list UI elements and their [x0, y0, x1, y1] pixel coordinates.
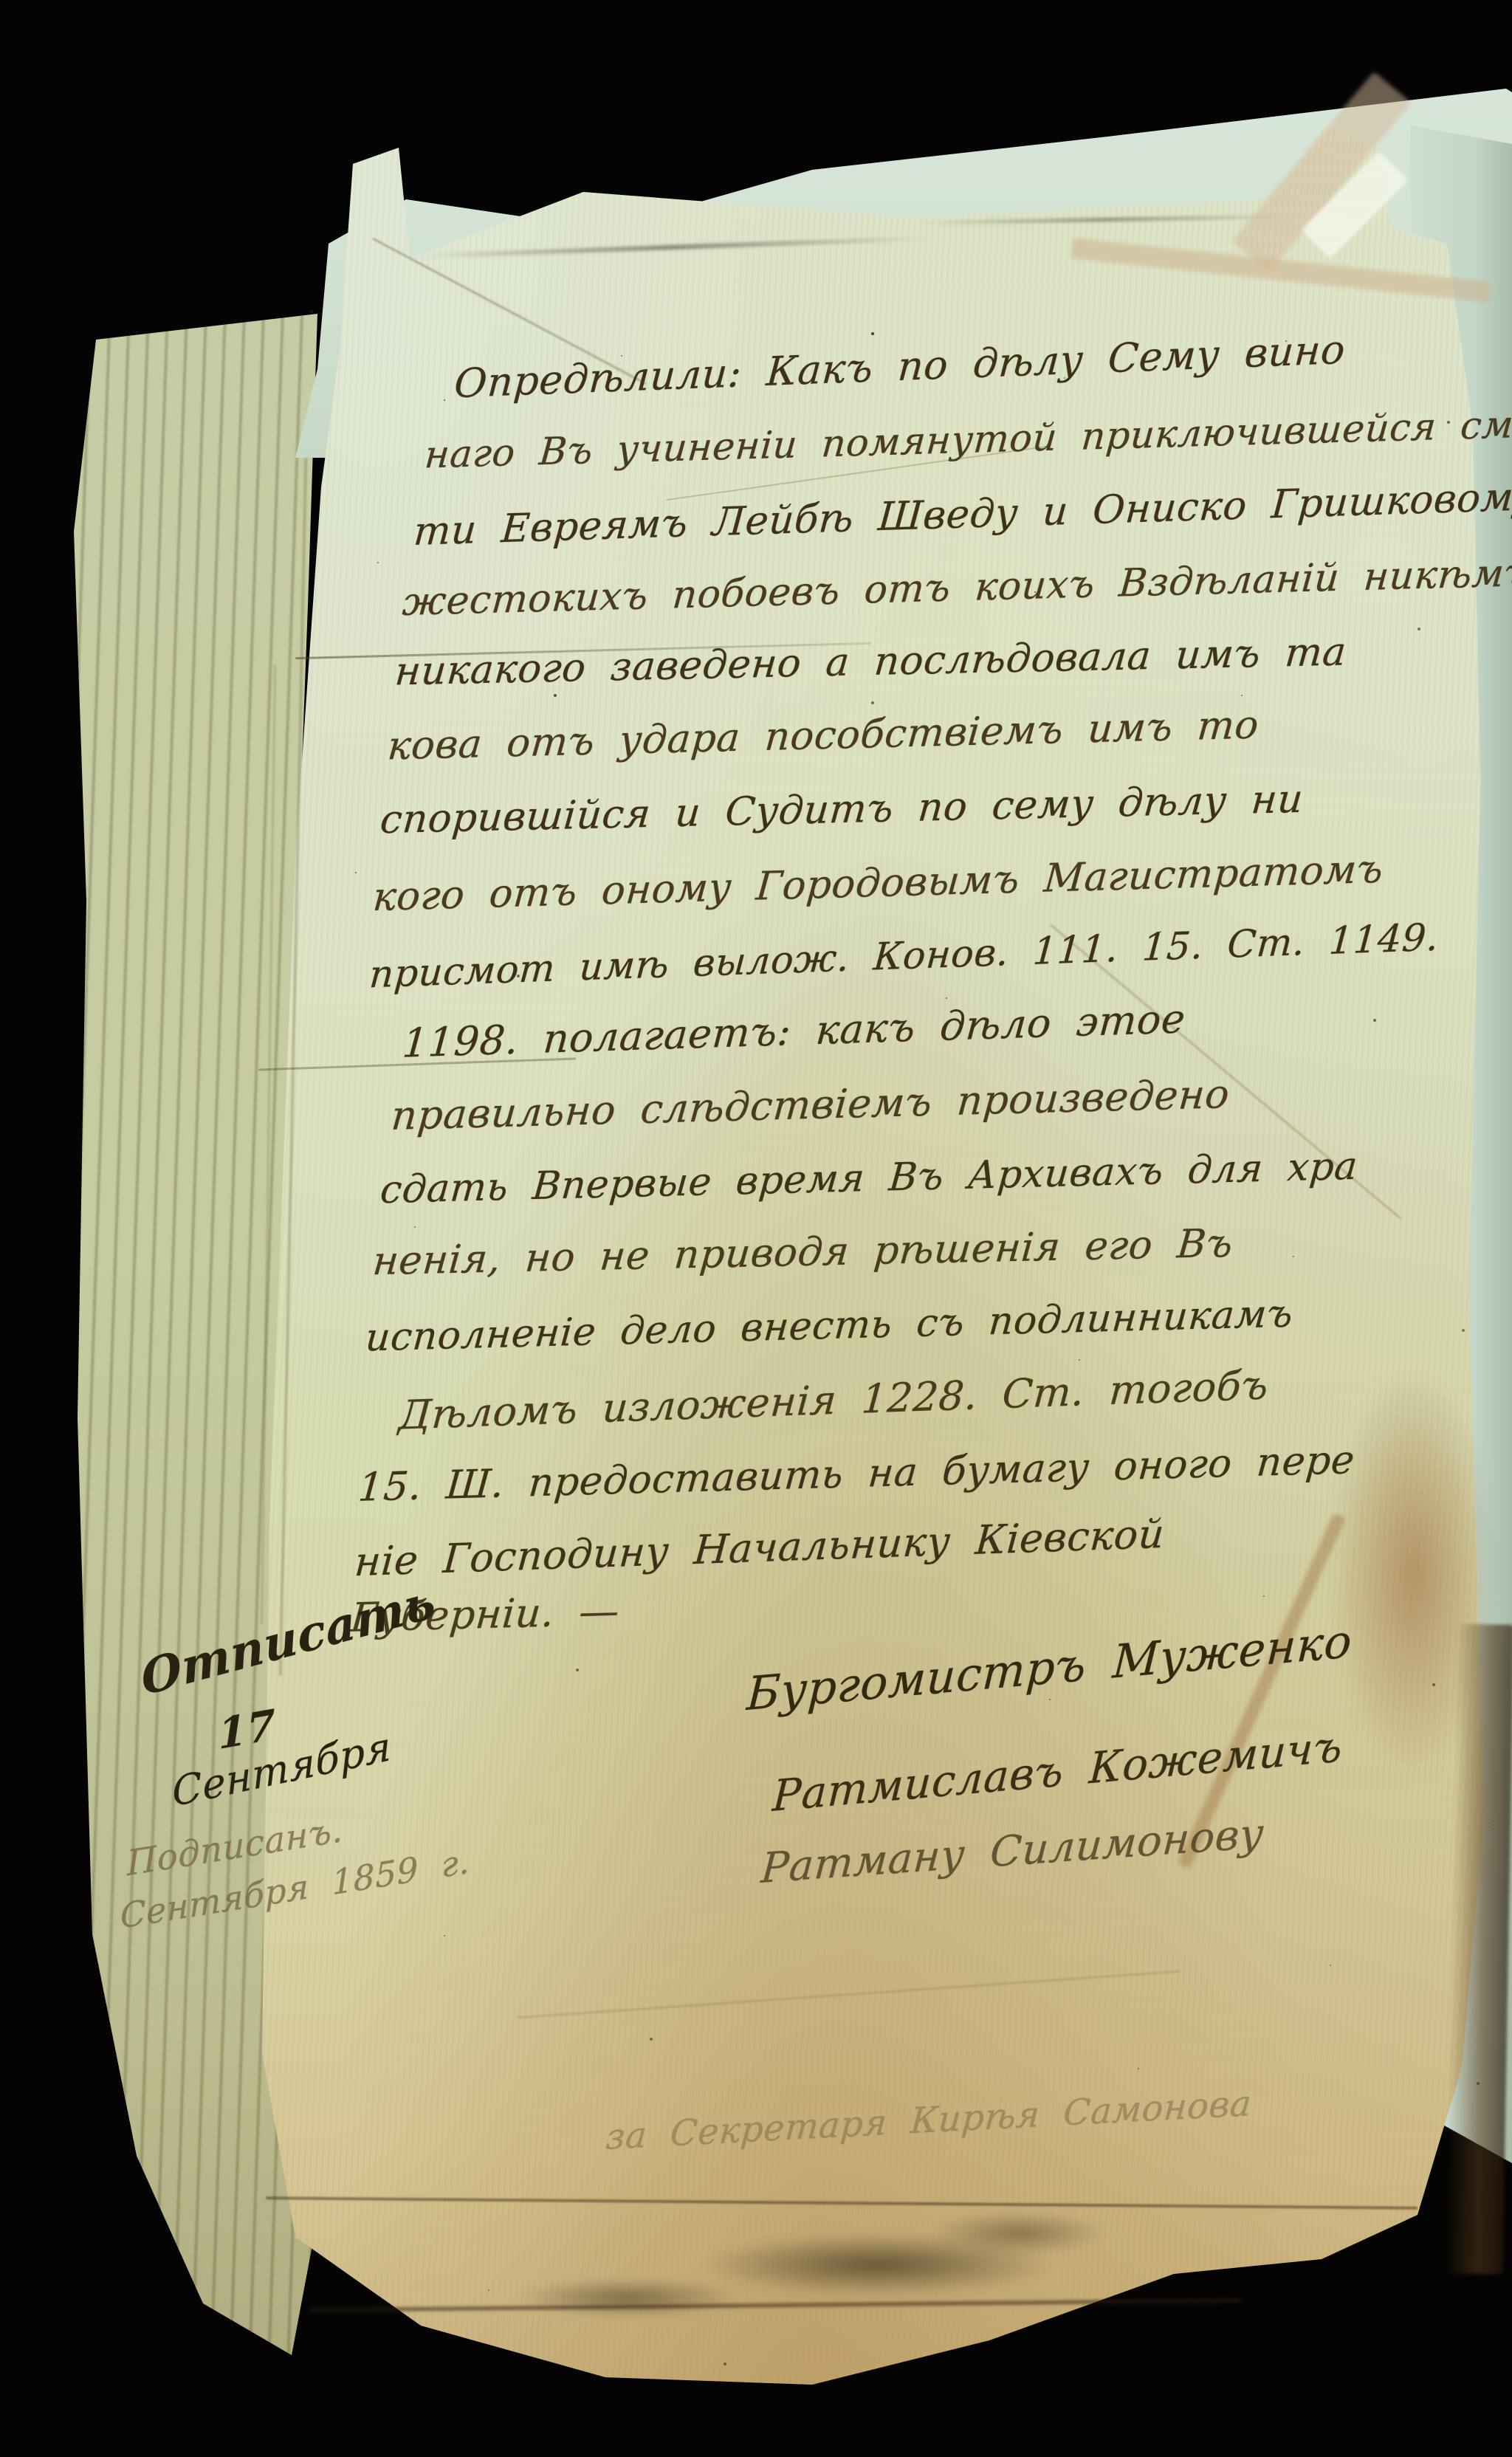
paper-speckles — [310, 310, 313, 313]
right-edge-dark-band — [1445, 1623, 1512, 2274]
archival-document-scan: Опредѣлили: Какъ по дѣлу Сему вино наго … — [0, 0, 1512, 2457]
bottom-ink-smudge — [930, 2211, 1107, 2255]
bottom-ink-smudge — [517, 2278, 738, 2318]
